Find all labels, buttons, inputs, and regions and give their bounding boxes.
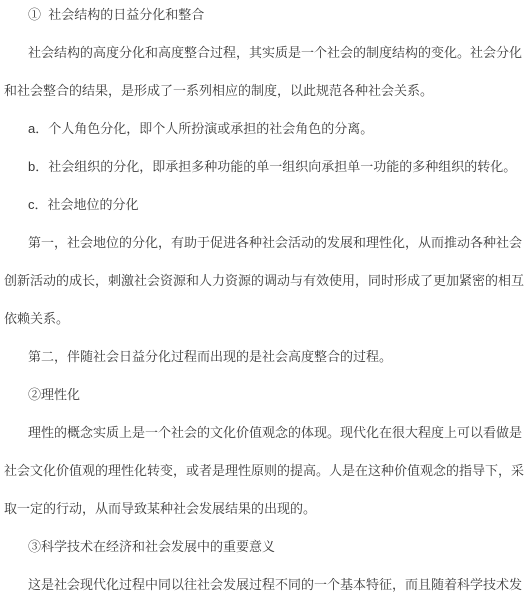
text-line: ① 社会结构的日益分化和整合 (4, 0, 524, 34)
text-line: a．个人角色分化，即个人所扮演或承担的社会角色的分离。 (4, 110, 524, 148)
text-line: 社会结构的高度分化和高度整合过程，其实质是一个社会的制度结构的变化。社会分化 (4, 34, 524, 72)
text-line: ②理性化 (4, 376, 524, 414)
text-line: ③科学技术在经济和社会发展中的重要意义 (4, 528, 524, 566)
text-line: 第一，社会地位的分化，有助于促进各种社会活动的发展和理性化，从而推动各种社会 (4, 224, 524, 262)
text-line: 第二，伴随社会日益分化过程而出现的是社会高度整合的过程。 (4, 338, 524, 376)
text-line: 创新活动的成长，刺激社会资源和人力资源的调动与有效使用，同时形成了更加紧密的相互 (4, 262, 524, 300)
text-line: c．社会地位的分化 (4, 186, 524, 224)
text-line: 依赖关系。 (4, 300, 524, 338)
text-line: 这是社会现代化过程中同以往社会发展过程不同的一个基本特征，而且随着科学技术发 (4, 566, 524, 604)
text-line: 理性的概念实质上是一个社会的文化价值观念的体现。现代化在很大程度上可以看做是 (4, 414, 524, 452)
text-line: b．社会组织的分化，即承担多种功能的单一组织向承担单一功能的多种组织的转化。 (4, 148, 524, 186)
text-line: 和社会整合的结果，是形成了一系列相应的制度，以此规范各种社会关系。 (4, 72, 524, 110)
text-line: 社会文化价值观的理性化转变，或者是理性原则的提高。人是在这种价值观念的指导下，采 (4, 452, 524, 490)
document-body: ① 社会结构的日益分化和整合社会结构的高度分化和高度整合过程，其实质是一个社会的… (0, 0, 526, 604)
document-page: ① 社会结构的日益分化和整合社会结构的高度分化和高度整合过程，其实质是一个社会的… (0, 0, 526, 604)
text-line: 取一定的行动，从而导致某种社会发展结果的出现的。 (4, 490, 524, 528)
